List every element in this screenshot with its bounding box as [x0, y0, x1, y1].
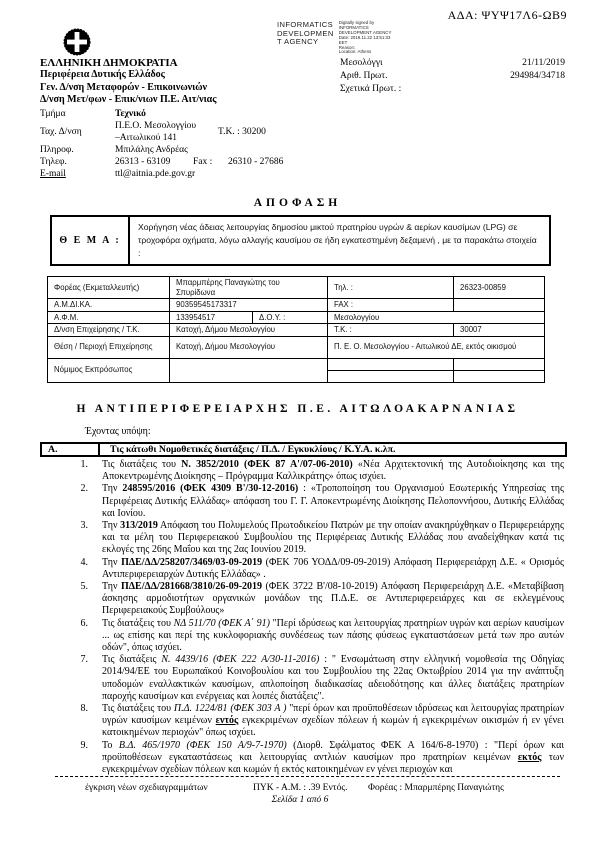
ada-code: ΑΔΑ: ΨΥΨ17Λ6-ΩΒ9 — [448, 8, 567, 23]
fax-row-value — [454, 299, 545, 312]
operator-value: Μπαρμπέρης Παναγιώτης του Σπυρίδωνα — [170, 277, 328, 299]
afm-label: Α.Φ.Μ. — [48, 311, 170, 324]
business-address-value: Κατοχή, Δήμου Μεσολογγίου — [170, 324, 328, 337]
info-person-value: Μπιλάλης Ανδρέας — [115, 144, 188, 156]
protocol-number-label: Αριθ. Πρωτ. — [340, 70, 388, 83]
legal-item-number: 6. — [40, 618, 102, 655]
section-a-header: Α. Τις κάτωθι Νομοθετικές διατάξεις / Π.… — [40, 442, 567, 457]
legal-item: 8.Τις διατάξεις του Π.Δ. 1224/81 (ΦΕΚ 30… — [40, 703, 564, 740]
protocol-row-related: Σχετικά Πρωτ. : — [340, 83, 565, 96]
legal-item-number: 3. — [40, 520, 102, 557]
table-row: Δ/νση Επιχείρησης / Τ.Κ. Κατοχή, Δήμου Μ… — [48, 324, 545, 337]
location-value: Κατοχή, Δήμου Μεσολογγίου — [170, 336, 328, 358]
contact-row-department: Τμήμα Τεχνικό — [40, 108, 330, 120]
doy-label: Δ.Ο.Υ. : — [253, 311, 328, 324]
address-value: Π.Ε.Ο. Μεσολογγίου –Αιτωλικού 141 — [115, 120, 218, 144]
address-label: Ταχ. Δ/νση — [40, 120, 115, 144]
empty-cell — [454, 358, 545, 370]
legal-item-number: 2. — [40, 483, 102, 520]
having-regard-text: Έχοντας υπόψη: — [85, 426, 151, 437]
email-value: ttl@aitnia.pde.gov.gr — [115, 168, 195, 180]
stamp-agency-name: INFORMATICSDEVELOPMENT AGENCY — [277, 21, 334, 55]
contact-row-phone: Τηλεφ. 26313 - 63109 Fax : 26310 - 27686 — [40, 156, 330, 168]
subject-text: Χορήγηση νέας άδειας λειτουργίας δημοσίο… — [130, 217, 549, 264]
legal-item-number: 7. — [40, 654, 102, 703]
legal-item: 9.Το Β.Δ. 465/1970 (ΦΕΚ 150 Α/9-7-1970) … — [40, 740, 564, 777]
email-label: E-mail — [40, 168, 115, 180]
date: 21/11/2019 — [522, 57, 565, 70]
issuing-authority: ΕΛΛΗΝΙΚΗ ΔΗΜΟΚΡΑΤΙΑΠεριφέρεια Δυτικής Ελ… — [40, 57, 216, 107]
legal-item-text: Την ΠΔΕ/ΔΔ/281668/3810/26-09-2019 (ΦΕΚ 3… — [102, 581, 564, 618]
operator-label: Φορέας (Εκμεταλλευτής) — [48, 277, 170, 299]
legal-item: 5.Την ΠΔΕ/ΔΔ/281668/3810/26-09-2019 (ΦΕΚ… — [40, 581, 564, 618]
fax-label: Fax : — [193, 156, 228, 168]
table-row: Α.Φ.Μ. 133954517 Δ.Ο.Υ. : Μεσολογγίου — [48, 311, 545, 324]
legal-item-text: Το Β.Δ. 465/1970 (ΦΕΚ 150 Α/9-7-1970) (Δ… — [102, 740, 564, 777]
operator-info-table: Φορέας (Εκμεταλλευτής) Μπαρμπέρης Παναγι… — [47, 276, 545, 383]
info-person-label: Πληροφ. — [40, 144, 115, 156]
protocol-block: Μεσολόγγι 21/11/2019 Αριθ. Πρωτ. 294984/… — [340, 57, 565, 96]
protocol-number-value: 294984/34718 — [510, 70, 565, 83]
tk-value: 30007 — [454, 324, 545, 337]
legal-item-text: Τις διατάξεις του Π.Δ. 1224/81 (ΦΕΚ 303 … — [102, 703, 564, 740]
stamp-signature-details: Digitally signed byINFORMATICSDEVELOPMEN… — [339, 21, 392, 55]
legal-item-text: Τις διατάξεις του ΝΔ 511/70 (ΦΕΚ Α΄ 91) … — [102, 618, 564, 655]
footer-right-text: Φορέας : Μπαρμπέρης Παναγιώτης — [368, 783, 504, 793]
footer-divider — [55, 776, 560, 777]
protocol-row-number: Αριθ. Πρωτ. 294984/34718 — [340, 70, 565, 83]
afm-value: 133954517 — [170, 311, 253, 324]
subject-label: Θ Ε Μ Α : — [52, 217, 130, 264]
tel-value: 26323-00859 — [454, 277, 545, 299]
tel-label: Τηλ. : — [328, 277, 454, 299]
amdika-label: Α.Μ.ΔΙ.ΚΑ. — [48, 299, 170, 312]
postal-code: Τ.Κ. : 30200 — [218, 120, 266, 144]
fax-value: 26310 - 27686 — [228, 156, 283, 168]
legal-item: 7.Τις διατάξεις Ν. 4439/16 (ΦΕΚ 222 Α/30… — [40, 654, 564, 703]
legal-item: 2.Την 248595/2016 (ΦΕΚ 4309 Β'/30-12-201… — [40, 483, 564, 520]
fax-row-label: FAX : — [328, 299, 454, 312]
phone-value: 26313 - 63109 — [115, 156, 193, 168]
legal-item-number: 1. — [40, 459, 102, 483]
department-label: Τμήμα — [40, 108, 115, 120]
tk-label: Τ.Κ. : — [328, 324, 454, 337]
table-row: Θέση / Περιοχή Επιχείρησης Κατοχή, Δήμου… — [48, 336, 545, 358]
subject-box: Θ Ε Μ Α : Χορήγηση νέας άδειας λειτουργί… — [50, 215, 551, 266]
amdika-value: 90359545173317 — [170, 299, 328, 312]
contact-row-address: Ταχ. Δ/νση Π.Ε.Ο. Μεσολογγίου –Αιτωλικού… — [40, 120, 330, 144]
legal-item-number: 9. — [40, 740, 102, 777]
legal-item-text: Την 313/2019 Απόφαση του Πολυμελούς Πρωτ… — [102, 520, 564, 557]
section-a-title: Τις κάτωθι Νομοθετικές διατάξεις / Π.Δ. … — [100, 444, 565, 455]
empty-cell — [328, 370, 454, 382]
contact-row-email: E-mail ttl@aitnia.pde.gov.gr — [40, 168, 330, 180]
table-row: Φορέας (Εκμεταλλευτής) Μπαρμπέρης Παναγι… — [48, 277, 545, 299]
legal-items: 1.Τις διατάξεις του Ν. 3852/2010 (ΦΕΚ 87… — [40, 459, 564, 777]
phone-label: Τηλεφ. — [40, 156, 115, 168]
related-protocol-label: Σχετικά Πρωτ. : — [340, 83, 401, 96]
legal-rep-value — [170, 358, 328, 382]
business-address-label: Δ/νση Επιχείρησης / Τ.Κ. — [48, 324, 170, 337]
legal-item: 1.Τις διατάξεις του Ν. 3852/2010 (ΦΕΚ 87… — [40, 459, 564, 483]
legal-item-number: 5. — [40, 581, 102, 618]
location-extra: Π. Ε. Ο. Μεσολογγίου - Αιτωλικού ΔΕ, εκτ… — [328, 336, 545, 358]
footer-left-text: έγκριση νέων σχεδιαγραμμάτων — [85, 783, 208, 793]
digital-signature-stamp: INFORMATICSDEVELOPMENT AGENCY Digitally … — [277, 21, 391, 55]
legal-item-text: Τις διατάξεις Ν. 4439/16 (ΦΕΚ 222 Α/30-1… — [102, 654, 564, 703]
document-page: ΑΔΑ: ΨΥΨ17Λ6-ΩΒ9 INFORMATICSDEVELOPMENT … — [0, 0, 595, 842]
footer-middle-text: ΠΥΚ - Α.Μ. : .39 Εντός. — [253, 783, 347, 793]
legal-item: 6.Τις διατάξεις του ΝΔ 511/70 (ΦΕΚ Α΄ 91… — [40, 618, 564, 655]
legal-item-number: 4. — [40, 557, 102, 581]
contact-row-info-person: Πληροφ. Μπιλάλης Ανδρέας — [40, 144, 330, 156]
deciding-official-heading: Η ΑΝΤΙΠΕΡΙΦΕΡΕΙΑΡΧΗΣ Π.Ε. ΑΙΤΩΛΟΑΚΑΡΝΑΝΙ… — [0, 403, 595, 415]
legal-item-text: Την 248595/2016 (ΦΕΚ 4309 Β'/30-12-2016)… — [102, 483, 564, 520]
location-label: Θέση / Περιοχή Επιχείρησης — [48, 336, 170, 358]
empty-cell — [328, 358, 454, 370]
legal-item: 3.Την 313/2019 Απόφαση του Πολυμελούς Πρ… — [40, 520, 564, 557]
section-a-index: Α. — [42, 444, 100, 455]
doy-value: Μεσολογγίου — [328, 311, 545, 324]
legal-item-text: Την ΠΔΕ/ΔΔ/258207/3469/03-09-2019 (ΦΕΚ 7… — [102, 557, 564, 581]
legal-item: 4.Την ΠΔΕ/ΔΔ/258207/3469/03-09-2019 (ΦΕΚ… — [40, 557, 564, 581]
page-number: Σελίδα 1 από 6 — [200, 795, 400, 805]
city: Μεσολόγγι — [340, 57, 383, 70]
table-row: Α.Μ.ΔΙ.ΚΑ. 90359545173317 FAX : — [48, 299, 545, 312]
empty-cell — [454, 370, 545, 382]
legal-item-number: 8. — [40, 703, 102, 740]
legal-rep-label: Νόμιμος Εκπρόσωπος — [48, 358, 170, 382]
protocol-row-city-date: Μεσολόγγι 21/11/2019 — [340, 57, 565, 70]
contact-block: Τμήμα Τεχνικό Ταχ. Δ/νση Π.Ε.Ο. Μεσολογγ… — [40, 108, 330, 180]
table-row: Νόμιμος Εκπρόσωπος — [48, 358, 545, 370]
department-value: Τεχνικό — [115, 108, 146, 120]
legal-item-text: Τις διατάξεις του Ν. 3852/2010 (ΦΕΚ 87 Α… — [102, 459, 564, 483]
decision-title: ΑΠΟΦΑΣΗ — [0, 197, 595, 209]
